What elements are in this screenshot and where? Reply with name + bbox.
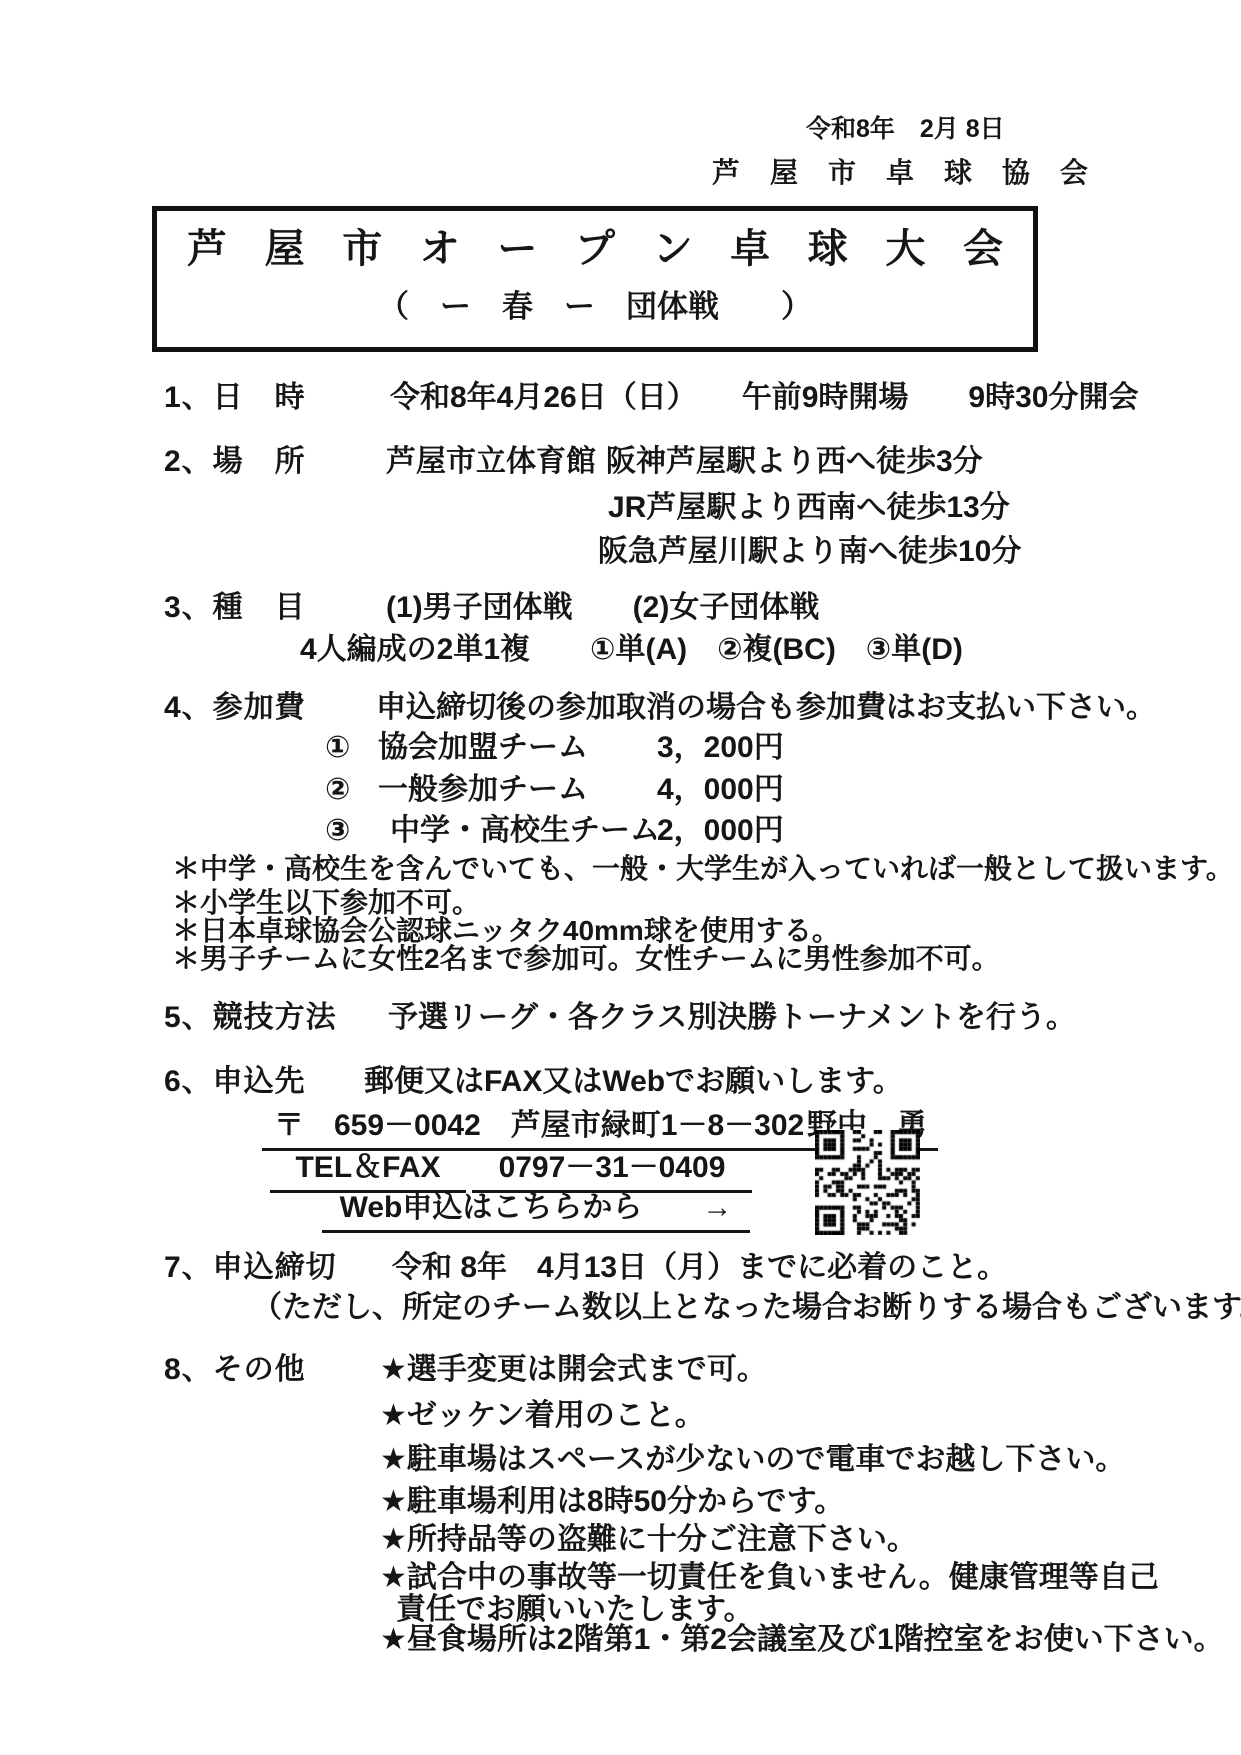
- events-list: (1)男子団体戦 (2)女子団体戦: [386, 590, 819, 626]
- other-item-5: ★所持品等の盗難に十分ご注意下さい。: [380, 1522, 917, 1558]
- section-2-label: 2、場 所: [164, 444, 306, 480]
- entry-fee-note: 申込締切後の参加取消の場合も参加費はお支払い下さい。: [376, 690, 1156, 726]
- access-route-1: 阪神芦屋駅より西へ徒歩3分: [606, 444, 983, 480]
- other-item-4: ★駐車場利用は8時50分からです。: [380, 1484, 844, 1520]
- section-4-label: 4、参加費: [164, 690, 306, 726]
- tournament-title: 芦屋市オープン卓球大会: [157, 227, 1033, 271]
- fee-note-4: ＊男子チームに女性2名まで参加可。女性チームに男性参加不可。: [172, 942, 1000, 976]
- fee-price: 3，200円: [657, 730, 784, 766]
- section-6-label: 6、申込先: [164, 1064, 306, 1100]
- other-item-7: ★昼食場所は2階第1・第2会議室及び1階控室をお使い下さい。: [380, 1622, 1224, 1658]
- apply-instruction: 郵便又はFAX又はWebでお願いします。: [364, 1064, 903, 1100]
- other-item-3: ★駐車場はスペースが少ないので電車でお越し下さい。: [380, 1442, 1125, 1478]
- access-route-3: 阪急芦屋川駅より南へ徒歩10分: [598, 534, 1021, 570]
- other-item-1: ★選手変更は開会式まで可。: [380, 1352, 767, 1388]
- issue-date: 令和8年 2月 8日: [806, 114, 1005, 144]
- section-1-label: 1、日 時: [164, 380, 306, 416]
- web-apply-link: Web申込はこちらから →: [322, 1182, 750, 1233]
- fee-name: 協会加盟チーム: [378, 730, 588, 766]
- fee-price: 4，000円: [657, 772, 784, 808]
- section-8-label: 8、その他: [164, 1352, 306, 1388]
- date-time-value: 令和8年4月26日（日） 午前9時開場 9時30分開会: [390, 380, 1138, 416]
- fee-number: ③: [325, 813, 350, 849]
- other-item-6: ★試合中の事故等一切責任を負いません。健康管理等自己: [380, 1560, 1159, 1596]
- deadline-note: （ただし、所定のチーム数以上となった場合お断りする場合もございます。）: [252, 1290, 1241, 1326]
- fee-number: ①: [325, 730, 350, 766]
- section-5-label: 5、競技方法: [164, 1000, 337, 1036]
- tournament-subtitle: （ ー 春 ー 団体戦 ）: [157, 281, 1033, 326]
- section-3-label: 3、種 目: [164, 590, 306, 626]
- access-route-2: JR芦屋駅より西南へ徒歩13分: [608, 490, 1010, 526]
- fee-number: ②: [325, 772, 350, 808]
- section-7-label: 7、申込締切: [164, 1250, 337, 1286]
- fee-name: 一般参加チーム: [378, 772, 588, 808]
- fee-note-1: ＊中学・高校生を含んでいても、一般・大学生が入っていれば一般として扱います。: [172, 852, 1234, 886]
- title-box: 芦屋市オープン卓球大会 （ ー 春 ー 団体戦 ）: [152, 206, 1038, 352]
- qr-code: [815, 1130, 920, 1235]
- fee-name: 中学・高校生チーム: [390, 813, 660, 849]
- organization-name: 芦屋市卓球協会: [712, 156, 1088, 190]
- method-value: 予選リーグ・各クラス別決勝トーナメントを行う。: [388, 1000, 1076, 1036]
- team-format: 4人編成の2単1複 ①単(A) ②複(BC) ③単(D): [300, 632, 963, 668]
- fee-price: 2，000円: [657, 813, 784, 849]
- other-item-2: ★ゼッケン着用のこと。: [380, 1398, 705, 1434]
- document-page: { "header": { "date": "令和8年 2月 8日", "org…: [0, 0, 1241, 1755]
- deadline-value: 令和 8年 4月13日（月）までに必着のこと。: [392, 1250, 1007, 1286]
- venue-name: 芦屋市立体育館: [386, 444, 596, 480]
